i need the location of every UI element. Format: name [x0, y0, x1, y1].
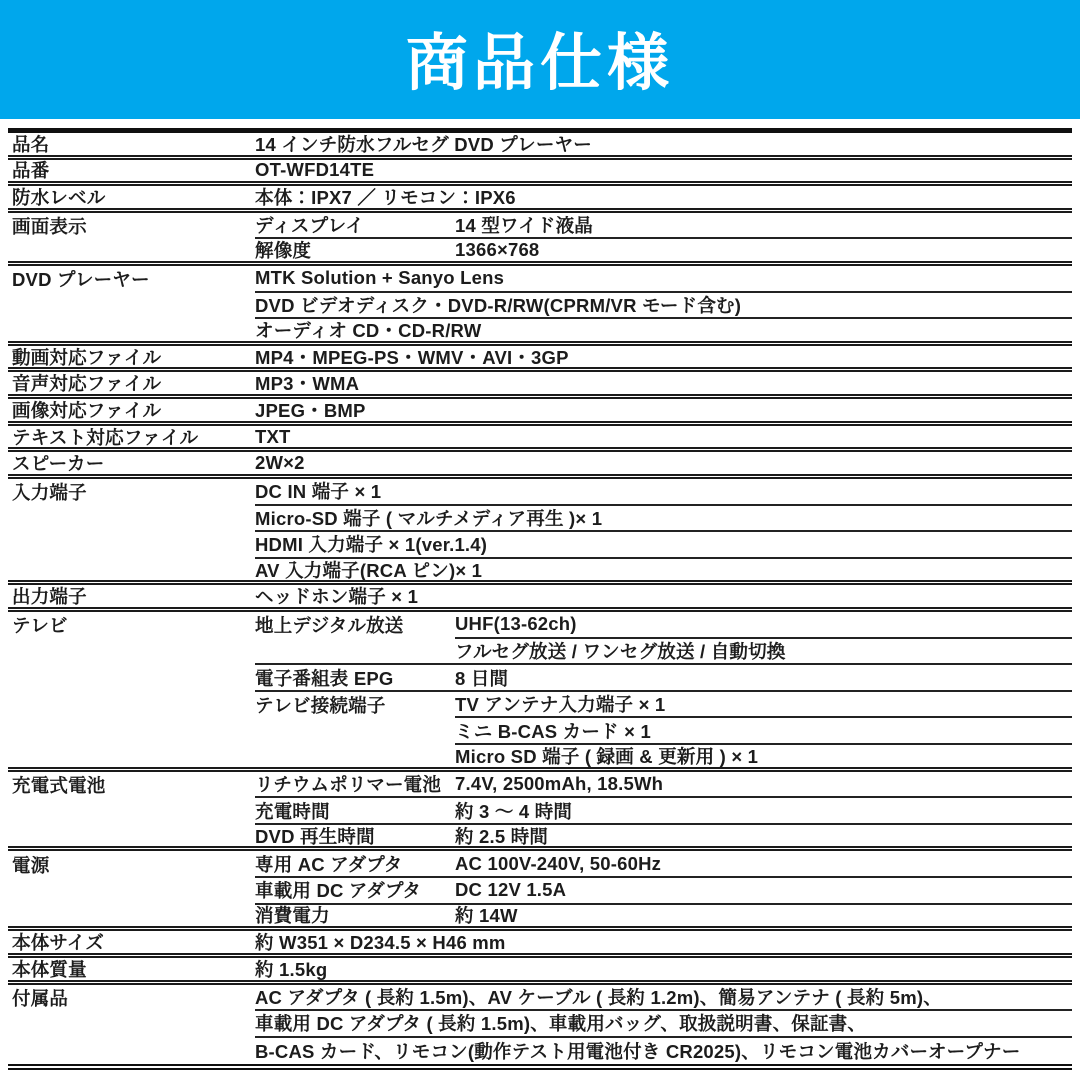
spec-table: 品名14 インチ防水フルセグ DVD プレーヤー品番OT-WFD14TE防水レベ… — [8, 128, 1072, 1070]
spec-value-cell: Micro-SD 端子 ( マルチメディア再生 )× 1 — [255, 506, 1072, 533]
spec-subitem-cell: テレビ接続端子 — [255, 692, 455, 719]
spec-subitem-cell: 電子番組表 EPG — [255, 665, 455, 692]
spec-row: テレビ地上デジタル放送UHF(13-62ch) — [8, 612, 1072, 639]
spec-row: オーディオ CD・CD-R/RW — [8, 319, 1072, 346]
spec-label-cell: 電源 — [8, 851, 255, 878]
spec-label-cell: 品名 — [8, 133, 255, 160]
page-title: 商品仕様 — [406, 13, 674, 106]
spec-subitem-cell: リチウムポリマー電池 — [255, 772, 455, 799]
spec-label-cell — [8, 506, 255, 533]
spec-value-cell: MP4・MPEG-PS・WMV・AVI・3GP — [255, 346, 1072, 373]
spec-row: 本体質量約 1.5kg — [8, 958, 1072, 985]
spec-row: テキスト対応ファイルTXT — [8, 426, 1072, 453]
spec-row: DVD プレーヤーMTK Solution + Sanyo Lens — [8, 266, 1072, 293]
spec-value-cell: AC 100V-240V, 50-60Hz — [455, 851, 1072, 878]
spec-row: 画像対応ファイルJPEG・BMP — [8, 399, 1072, 426]
spec-value-cell: 14 インチ防水フルセグ DVD プレーヤー — [255, 133, 1072, 160]
spec-value-cell: TV アンテナ入力端子 × 1 — [455, 692, 1072, 719]
spec-value-cell: UHF(13-62ch) — [455, 612, 1072, 639]
spec-row: 車載用 DC アダプタDC 12V 1.5A — [8, 878, 1072, 905]
spec-value-cell: TXT — [255, 426, 1072, 453]
spec-row: Micro-SD 端子 ( マルチメディア再生 )× 1 — [8, 506, 1072, 533]
spec-value-cell: AC アダプタ ( 長約 1.5m)、AV ケーブル ( 長約 1.2m)、簡易… — [255, 985, 1072, 1012]
spec-value-cell: OT-WFD14TE — [255, 160, 1072, 187]
spec-row: 品番OT-WFD14TE — [8, 160, 1072, 187]
spec-value-cell: MTK Solution + Sanyo Lens — [255, 266, 1072, 293]
spec-label-cell — [8, 798, 255, 825]
spec-row: スピーカー2W×2 — [8, 452, 1072, 479]
spec-value-cell: 8 日間 — [455, 665, 1072, 692]
spec-row: 消費電力約 14W — [8, 905, 1072, 932]
spec-subitem-cell: 専用 AC アダプタ — [255, 851, 455, 878]
spec-label-cell: 本体質量 — [8, 958, 255, 985]
spec-label-cell — [8, 825, 255, 852]
spec-label-cell — [8, 639, 255, 666]
spec-value-cell: 1366×768 — [455, 239, 1072, 266]
spec-row: 出力端子ヘッドホン端子 × 1 — [8, 585, 1072, 612]
spec-row: AV 入力端子(RCA ピン)× 1 — [8, 559, 1072, 586]
spec-label-cell — [8, 878, 255, 905]
spec-label-cell — [8, 718, 255, 745]
spec-label-cell — [8, 665, 255, 692]
spec-row: 音声対応ファイルMP3・WMA — [8, 372, 1072, 399]
spec-label-cell — [8, 1011, 255, 1038]
spec-row: Micro SD 端子 ( 録画 & 更新用 ) × 1 — [8, 745, 1072, 772]
spec-subitem-cell: 消費電力 — [255, 905, 455, 932]
spec-label-cell — [8, 745, 255, 772]
page-banner: 商品仕様 — [0, 0, 1080, 119]
spec-value-cell: 本体：IPX7 ／ リモコン：IPX6 — [255, 186, 1072, 213]
spec-row: 防水レベル本体：IPX7 ／ リモコン：IPX6 — [8, 186, 1072, 213]
spec-label-cell: 出力端子 — [8, 585, 255, 612]
spec-label-cell — [8, 239, 255, 266]
spec-row: フルセグ放送 / ワンセグ放送 / 自動切換 — [8, 639, 1072, 666]
spec-value-cell: DC IN 端子 × 1 — [255, 479, 1072, 506]
spec-value-cell: AV 入力端子(RCA ピン)× 1 — [255, 559, 1072, 586]
spec-label-cell: 入力端子 — [8, 479, 255, 506]
spec-label-cell — [8, 905, 255, 932]
spec-label-cell: 本体サイズ — [8, 931, 255, 958]
spec-value-cell: 車載用 DC アダプタ ( 長約 1.5m)、車載用バッグ、取扱説明書、保証書、 — [255, 1011, 1072, 1038]
spec-value-cell: JPEG・BMP — [255, 399, 1072, 426]
spec-label-cell: 品番 — [8, 160, 255, 187]
spec-label-cell — [8, 532, 255, 559]
spec-value-cell: DC 12V 1.5A — [455, 878, 1072, 905]
spec-subitem-cell — [255, 718, 455, 745]
spec-value-cell: 2W×2 — [255, 452, 1072, 479]
spec-value-cell: B-CAS カード、リモコン(動作テスト用電池付き CR2025)、リモコン電池… — [255, 1038, 1072, 1065]
spec-row: 充電時間約 3 ～ 4 時間 — [8, 798, 1072, 825]
spec-value-cell: MP3・WMA — [255, 372, 1072, 399]
spec-row: 車載用 DC アダプタ ( 長約 1.5m)、車載用バッグ、取扱説明書、保証書、 — [8, 1011, 1072, 1038]
spec-value-cell: 14 型ワイド液晶 — [455, 213, 1072, 240]
spec-value-cell: 約 3 ～ 4 時間 — [455, 798, 1072, 825]
spec-subitem-cell — [255, 745, 455, 772]
spec-label-cell: DVD プレーヤー — [8, 266, 255, 293]
spec-row: 画面表示ディスプレイ14 型ワイド液晶 — [8, 213, 1072, 240]
spec-row: DVD ビデオディスク・DVD-R/RW(CPRM/VR モード含む) — [8, 293, 1072, 320]
spec-value-cell: HDMI 入力端子 × 1(ver.1.4) — [255, 532, 1072, 559]
spec-label-cell — [8, 293, 255, 320]
spec-subitem-cell: 解像度 — [255, 239, 455, 266]
spec-subitem-cell: 地上デジタル放送 — [255, 612, 455, 639]
spec-row: ミニ B-CAS カード × 1 — [8, 718, 1072, 745]
spec-value-cell: フルセグ放送 / ワンセグ放送 / 自動切換 — [455, 639, 1072, 666]
spec-row: 電源専用 AC アダプタAC 100V-240V, 50-60Hz — [8, 851, 1072, 878]
spec-value-cell: 約 14W — [455, 905, 1072, 932]
spec-subitem-cell: 車載用 DC アダプタ — [255, 878, 455, 905]
spec-value-cell: ミニ B-CAS カード × 1 — [455, 718, 1072, 745]
spec-row: HDMI 入力端子 × 1(ver.1.4) — [8, 532, 1072, 559]
spec-row: 入力端子DC IN 端子 × 1 — [8, 479, 1072, 506]
spec-row: 動画対応ファイルMP4・MPEG-PS・WMV・AVI・3GP — [8, 346, 1072, 373]
spec-subitem-cell — [255, 639, 455, 666]
spec-subitem-cell: 充電時間 — [255, 798, 455, 825]
spec-row: 電子番組表 EPG8 日間 — [8, 665, 1072, 692]
spec-label-cell: 画像対応ファイル — [8, 399, 255, 426]
spec-label-cell: 画面表示 — [8, 213, 255, 240]
spec-row: 充電式電池リチウムポリマー電池7.4V, 2500mAh, 18.5Wh — [8, 772, 1072, 799]
spec-label-cell: 充電式電池 — [8, 772, 255, 799]
spec-row: 品名14 インチ防水フルセグ DVD プレーヤー — [8, 133, 1072, 160]
spec-value-cell: 約 W351 × D234.5 × H46 mm — [255, 931, 1072, 958]
spec-row: 付属品AC アダプタ ( 長約 1.5m)、AV ケーブル ( 長約 1.2m)… — [8, 985, 1072, 1012]
spec-label-cell — [8, 692, 255, 719]
spec-label-cell: スピーカー — [8, 452, 255, 479]
spec-row: 解像度1366×768 — [8, 239, 1072, 266]
spec-label-cell — [8, 1038, 255, 1065]
spec-label-cell: 防水レベル — [8, 186, 255, 213]
spec-label-cell: テレビ — [8, 612, 255, 639]
spec-label-cell: 動画対応ファイル — [8, 346, 255, 373]
spec-value-cell: オーディオ CD・CD-R/RW — [255, 319, 1072, 346]
spec-value-cell: 7.4V, 2500mAh, 18.5Wh — [455, 772, 1072, 799]
spec-label-cell: 付属品 — [8, 985, 255, 1012]
spec-label-cell: 音声対応ファイル — [8, 372, 255, 399]
spec-value-cell: 約 2.5 時間 — [455, 825, 1072, 852]
spec-row: 本体サイズ約 W351 × D234.5 × H46 mm — [8, 931, 1072, 958]
spec-row: テレビ接続端子TV アンテナ入力端子 × 1 — [8, 692, 1072, 719]
spec-row: B-CAS カード、リモコン(動作テスト用電池付き CR2025)、リモコン電池… — [8, 1038, 1072, 1065]
spec-subitem-cell: ディスプレイ — [255, 213, 455, 240]
spec-value-cell: 約 1.5kg — [255, 958, 1072, 985]
spec-row: DVD 再生時間約 2.5 時間 — [8, 825, 1072, 852]
spec-value-cell: Micro SD 端子 ( 録画 & 更新用 ) × 1 — [455, 745, 1072, 772]
spec-label-cell: テキスト対応ファイル — [8, 426, 255, 453]
spec-value-cell: ヘッドホン端子 × 1 — [255, 585, 1072, 612]
spec-value-cell: DVD ビデオディスク・DVD-R/RW(CPRM/VR モード含む) — [255, 293, 1072, 320]
spec-subitem-cell: DVD 再生時間 — [255, 825, 455, 852]
spec-label-cell — [8, 319, 255, 346]
spec-label-cell — [8, 559, 255, 586]
